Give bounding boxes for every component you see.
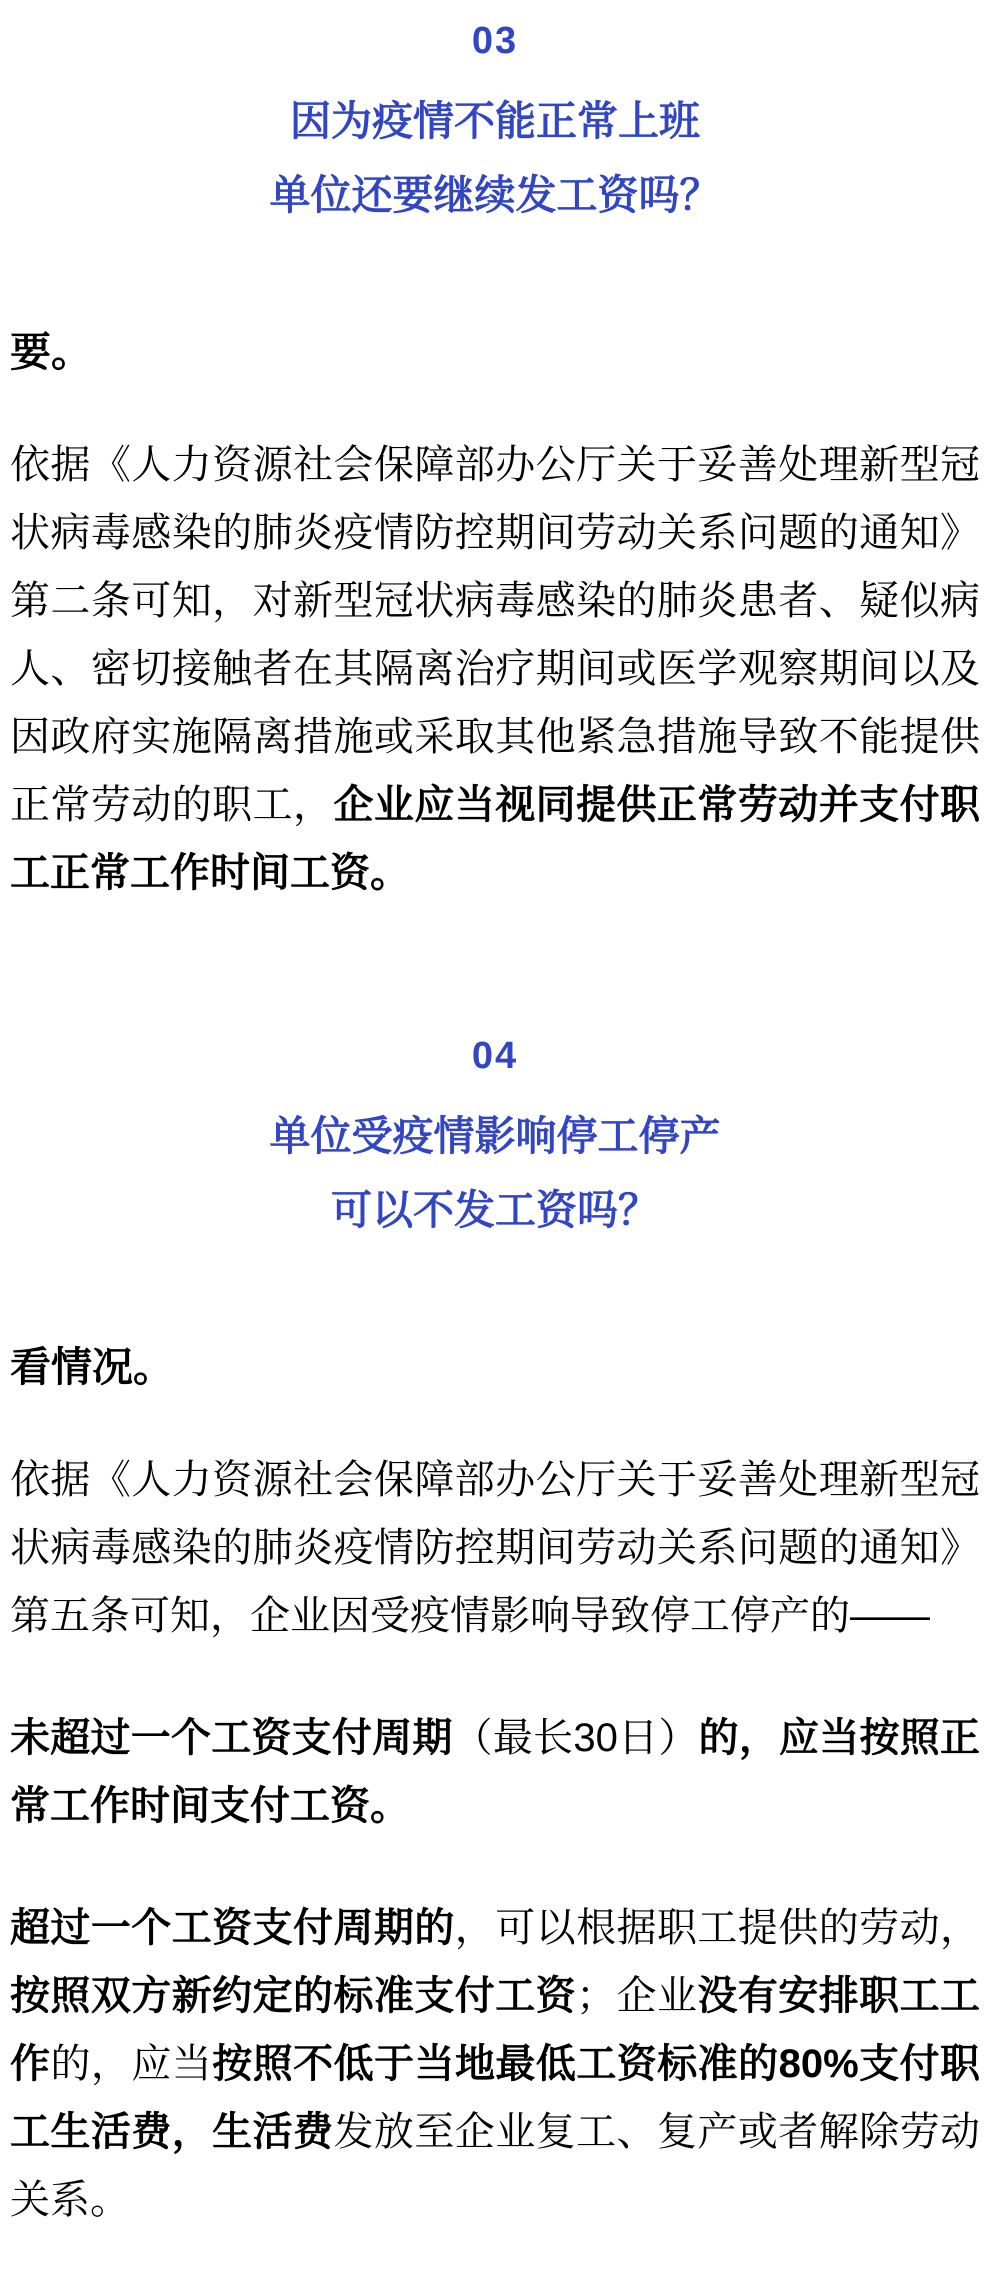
section-title: 因为疫情不能正常上班 单位还要继续发工资吗？ <box>10 84 980 232</box>
body-paragraph: 依据《人力资源社会保障部办公厅关于妥善处理新型冠状病毒感染的肺炎疫情防控期间劳动… <box>10 431 980 907</box>
section-title-line-1: 单位受疫情影响停工停产 <box>10 1099 980 1173</box>
body-paragraph: 依据《人力资源社会保障部办公厅关于妥善处理新型冠状病毒感染的肺炎疫情防控期间劳动… <box>10 1446 980 1650</box>
section-title: 单位受疫情影响停工停产 可以不发工资吗？ <box>10 1099 980 1247</box>
body-paragraph: 超过一个工资支付周期的，可以根据职工提供的劳动，按照双方新约定的标准支付工资；企… <box>10 1894 980 2234</box>
section-title-line-2: 可以不发工资吗？ <box>10 1173 980 1247</box>
answer-text: 看情况。 <box>10 1343 980 1392</box>
section-title-line-2: 单位还要继续发工资吗？ <box>10 158 980 232</box>
article-page: 03 因为疫情不能正常上班 单位还要继续发工资吗？ 要。 依据《人力资源社会保障… <box>0 0 990 2280</box>
section-03: 03 因为疫情不能正常上班 单位还要继续发工资吗？ 要。 依据《人力资源社会保障… <box>10 18 980 907</box>
section-title-line-1: 因为疫情不能正常上班 <box>10 84 980 158</box>
body-paragraph: 未超过一个工资支付周期（最长30日）的，应当按照正常工作时间支付工资。 <box>10 1704 980 1840</box>
answer-text: 要。 <box>10 328 980 377</box>
section-number: 04 <box>10 1033 980 1079</box>
section-number: 03 <box>10 18 980 64</box>
section-04: 04 单位受疫情影响停工停产 可以不发工资吗？ 看情况。 依据《人力资源社会保障… <box>10 1033 980 2234</box>
